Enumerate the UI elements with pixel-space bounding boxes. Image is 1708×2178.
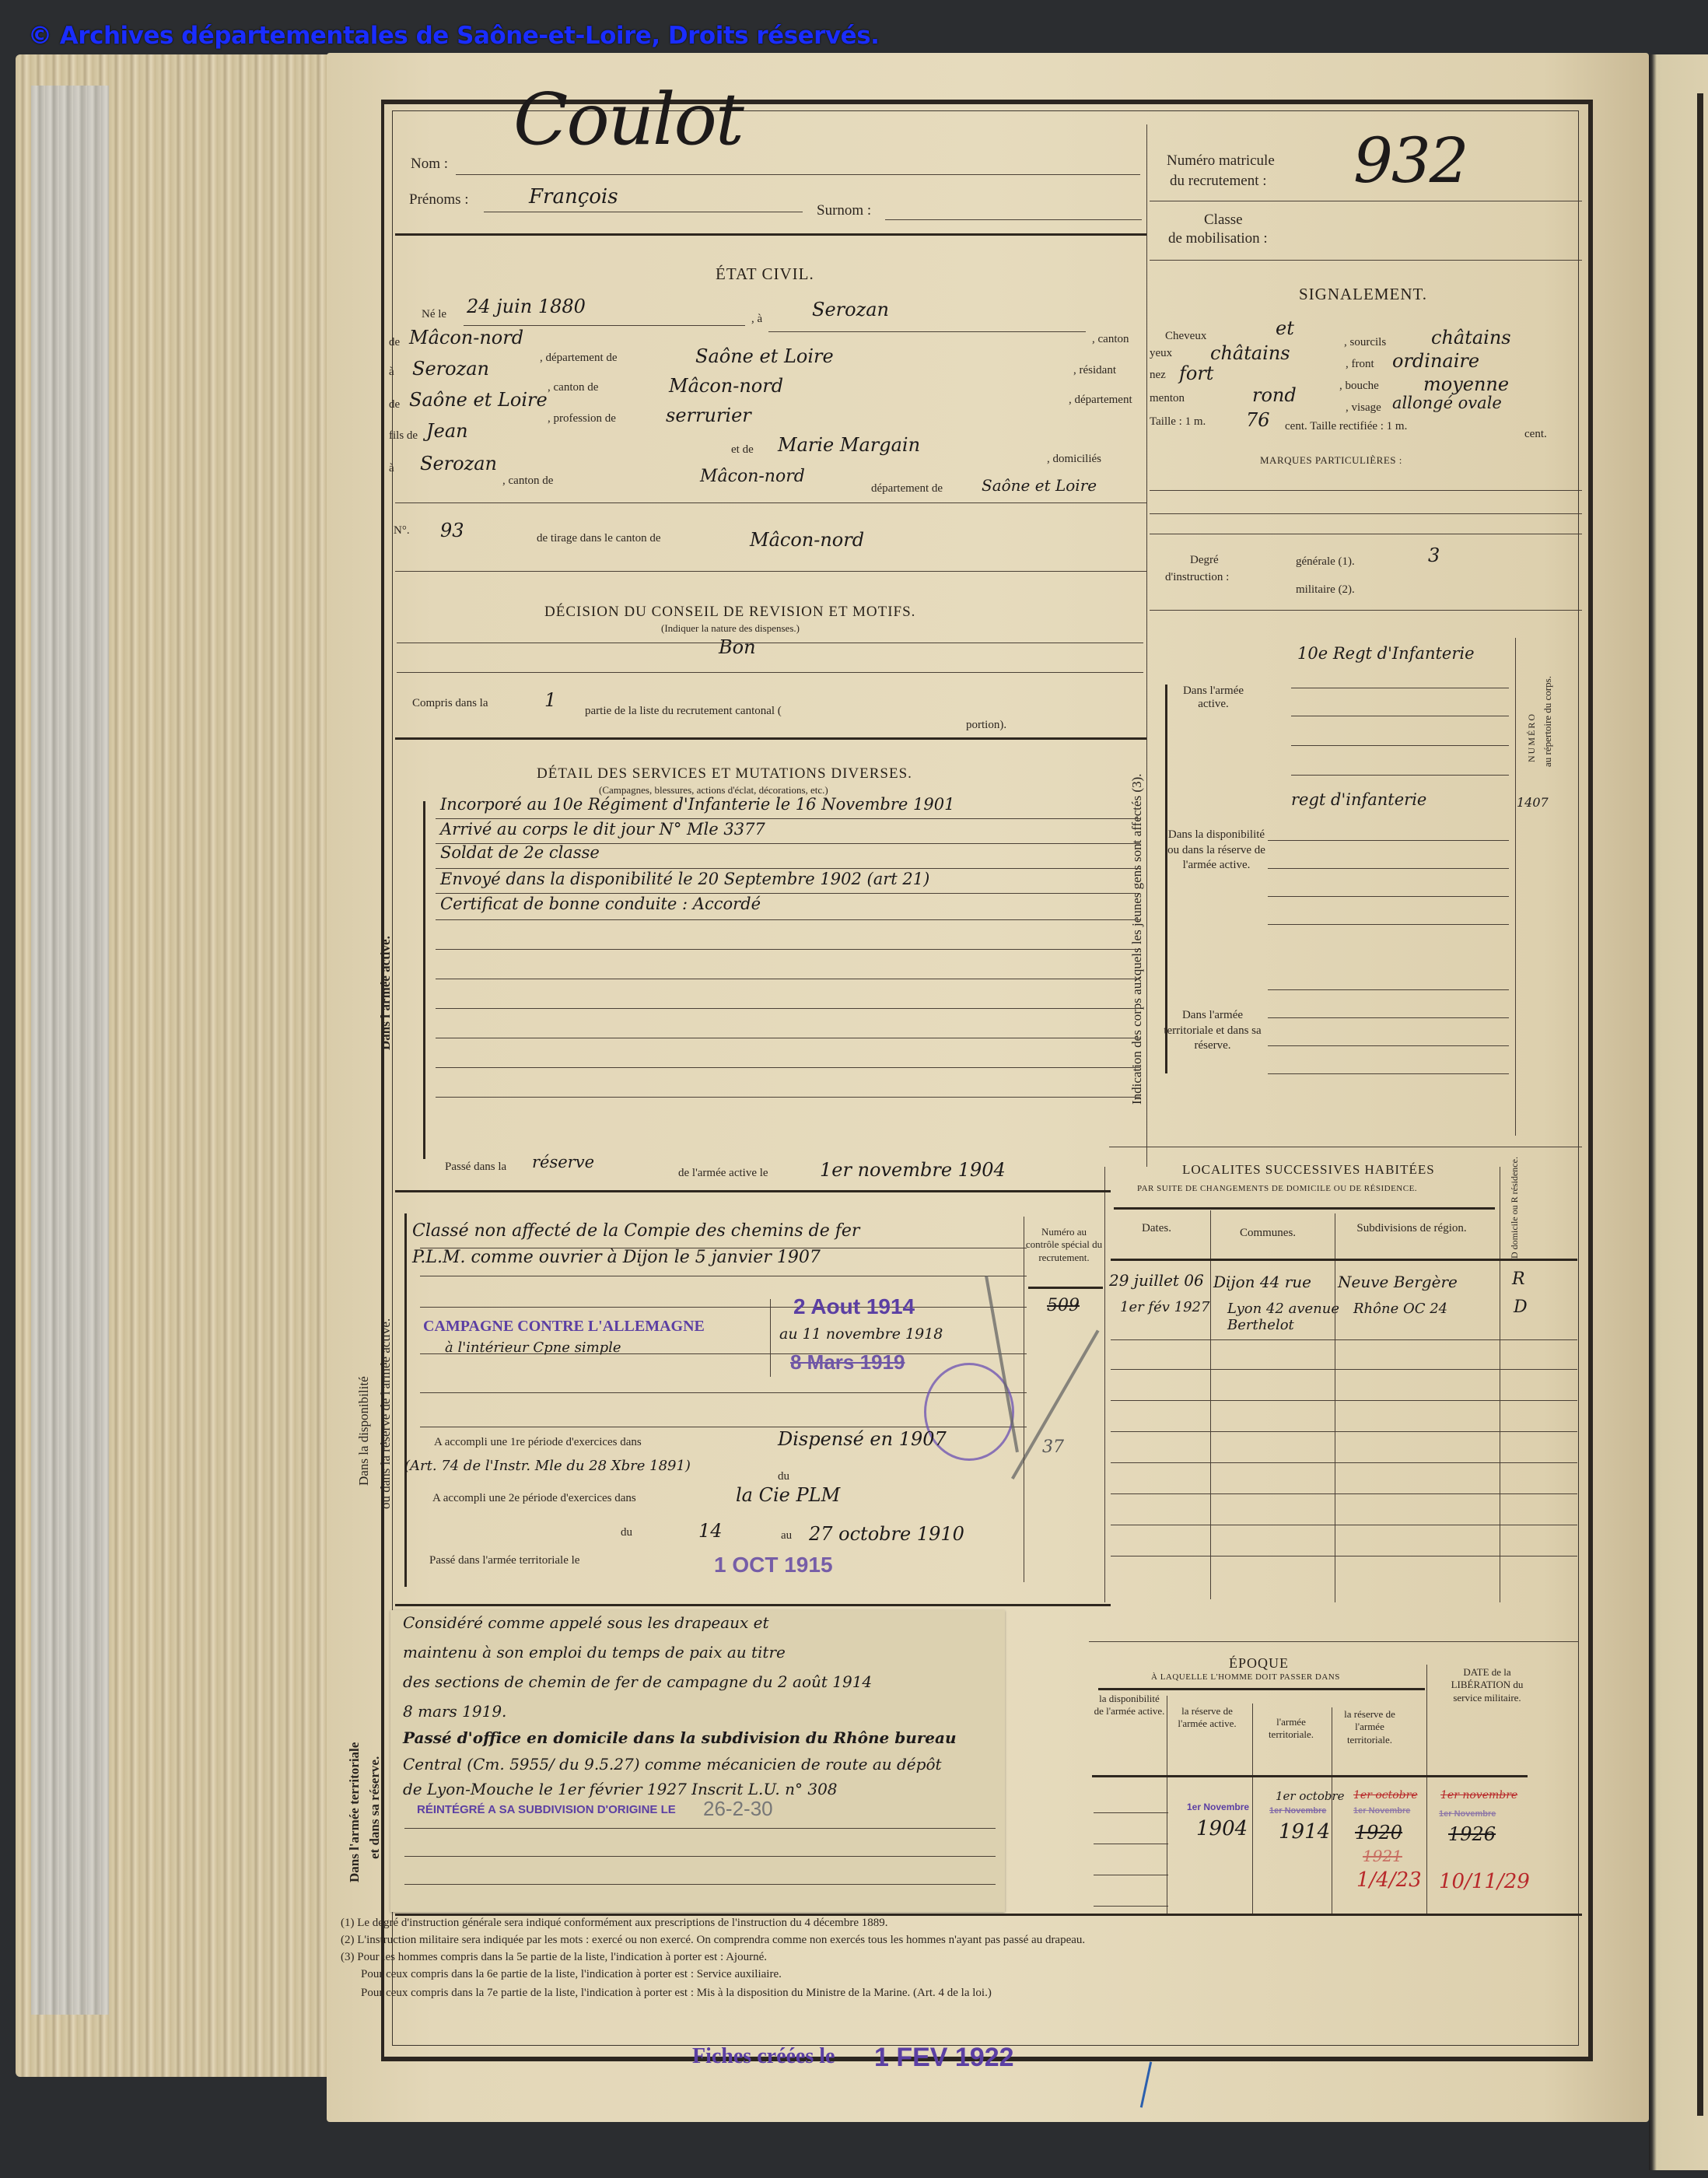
territoriale-side-label-2: et dans sa réserve.: [367, 1756, 383, 1859]
epoque-reserve-territoriale-stamp: 1er Novembre: [1353, 1806, 1410, 1816]
localites-col-type: D domicile ou R résidence.: [1509, 1157, 1521, 1259]
residant-label: , résidant: [1073, 364, 1116, 377]
visage-value: allongé ovale: [1392, 394, 1502, 412]
epoque-reserve-territoriale-year: 1920: [1355, 1822, 1402, 1844]
services-line: [436, 1038, 1140, 1038]
compris-value: 1: [544, 689, 556, 711]
residant-canton-value: Mâcon-nord: [669, 375, 783, 397]
departement-label: , département de: [540, 352, 618, 365]
epoque-col-territoriale: l'armée territoriale.: [1255, 1716, 1327, 1742]
epoque-reserve-territoriale-struck: 1921: [1363, 1847, 1402, 1865]
periode1-value: Dispensé en 1907: [778, 1428, 947, 1450]
epoque-line: [1094, 1875, 1168, 1875]
matricule-label-1: Numéro matricule: [1167, 152, 1275, 170]
fiches-stamp-label: Fiches créées le: [692, 2044, 835, 2069]
localites-subtitle: PAR SUITE DE CHANGEMENTS DE DOMICILE OU …: [1137, 1184, 1417, 1193]
epoque-col-disponibilite: la disponibilité de l'armée active.: [1094, 1693, 1165, 1718]
taille-rectifiee-label: cent. Taille rectifiée : 1 m.: [1285, 420, 1407, 433]
fiches-stamp-date: 1 FEV 1922: [874, 2043, 1014, 2073]
ne-a-label: , à: [751, 313, 762, 326]
residant-a-label: à: [389, 366, 394, 379]
disponibilite-line: [420, 1276, 1027, 1276]
territoriale-line-6: Central (Cm. 5955/ du 9.5.27) comme méca…: [403, 1755, 942, 1774]
taille-label: Taille : 1 m.: [1150, 415, 1206, 429]
nez-value: fort: [1179, 362, 1213, 384]
cheveux-label: Cheveux: [1165, 330, 1206, 343]
localites-line: [1111, 1369, 1577, 1370]
footnote-1: (1) Le degré d'instruction générale sera…: [341, 1917, 888, 1930]
tirage-label: de tirage dans le canton de: [537, 532, 661, 545]
localites-line: [1111, 1339, 1577, 1340]
campagne-to-hand: au 11 novembre 1918: [779, 1325, 943, 1343]
nom-label: Nom :: [411, 156, 448, 173]
epoque-liberation-red: 10/11/29: [1439, 1870, 1530, 1893]
epoque-col-divider: [1167, 1696, 1167, 1914]
dom-a-label: à: [389, 462, 394, 475]
corps-line: [1291, 688, 1509, 688]
residant-departement-label: , département: [1069, 394, 1132, 407]
epoque-territoriale-stamp: 1er Novembre: [1269, 1806, 1326, 1816]
localite-date-2: 1er fév 1927: [1120, 1299, 1209, 1315]
services-line: [436, 868, 1140, 869]
periode2-au-value: 27 octobre 1910: [809, 1523, 964, 1545]
localites-line: [1111, 1525, 1577, 1525]
corps-line: [1268, 1017, 1509, 1018]
periode2-value: la Cie PLM: [736, 1484, 840, 1506]
canton-value: Mâcon-nord: [409, 327, 523, 348]
profession-label: , profession de: [548, 412, 616, 425]
epoque-col-divider: [1332, 1707, 1332, 1914]
numero-controle-divider: [1024, 1217, 1024, 1582]
pere-value: Jean: [426, 420, 468, 442]
periode1-du: du: [778, 1470, 789, 1483]
column-divider-lower: [1104, 1167, 1105, 1602]
disponibilite-side-label-1: Dans la disponibilité: [356, 1376, 372, 1486]
corps-separator: [1150, 610, 1582, 611]
localites-col-subdivisions: Subdivisions de région.: [1353, 1221, 1470, 1236]
etat-civil-line: [768, 331, 1086, 332]
localite-commune-1: Dijon 44 rue: [1213, 1273, 1311, 1291]
facing-page-frame: [1697, 93, 1703, 2116]
services-line: [436, 1097, 1140, 1098]
bouche-label: , bouche: [1339, 380, 1379, 393]
localites-title: LOCALITES SUCCESSIVES HABITÉES: [1182, 1162, 1435, 1178]
corps-line: [1291, 745, 1509, 746]
dom-departement-label: département de: [871, 482, 943, 495]
territoriale-line-1: Considéré comme appelé sous les drapeaux…: [403, 1613, 769, 1632]
dom-departement-value: Saône et Loire: [982, 476, 1097, 495]
front-value: ordinaire: [1392, 350, 1479, 372]
disponibilite-line: [420, 1307, 1027, 1308]
services-line: [436, 893, 1140, 894]
epoque-liberation-stamp: 1er Novembre: [1439, 1809, 1496, 1819]
corps-line: [1268, 1073, 1509, 1074]
decision-line: [397, 672, 1143, 673]
service-line-2: Arrivé au corps le dit jour N° Mle 3377: [440, 820, 765, 839]
tirage-separator: [395, 571, 1146, 572]
epoque-col-reserve-active: la réserve de l'armée active.: [1168, 1705, 1246, 1731]
marques-line-2: [1150, 513, 1582, 514]
tirage-canton-value: Mâcon-nord: [750, 529, 864, 551]
footnotes-separator: [395, 1914, 1582, 1916]
page-stack-tabs: [31, 86, 109, 2015]
localites-col-communes: Communes.: [1213, 1226, 1322, 1241]
tirage-no-label: N°.: [394, 524, 410, 537]
ne-le-label: Né le: [422, 308, 446, 321]
corps-line: [1268, 840, 1509, 841]
footnote-5: Pour ceux compris dans la 7e partie de l…: [361, 1987, 992, 2000]
taille-rectifiee-cent: cent.: [1524, 428, 1547, 441]
visage-label: , visage: [1346, 401, 1381, 415]
numero-column-divider: [1515, 638, 1516, 1136]
epoque-subtitle: À LAQUELLE L'HOMME DOIT PASSER DANS: [1151, 1672, 1340, 1682]
corps-dispo-value: regt d'infanterie: [1291, 790, 1426, 809]
prenoms-label: Prénoms :: [409, 191, 469, 208]
territoriale-line: [404, 1828, 996, 1829]
epoque-line: [1094, 1906, 1168, 1907]
taille-value: 76: [1246, 409, 1270, 431]
surnom-label: Surnom :: [817, 202, 871, 219]
localites-line: [1111, 1462, 1577, 1463]
epoque-reserve-territoriale-hand: 1er octobre: [1353, 1789, 1418, 1802]
fils-label: fils de: [389, 429, 418, 443]
corps-line: [1268, 924, 1509, 925]
services-line: [436, 949, 1140, 950]
epoque-line: [1094, 1844, 1168, 1844]
passe-label-2: de l'armée active le: [678, 1167, 768, 1180]
epoque-reserve-territoriale-red: 1/4/23: [1356, 1868, 1422, 1892]
localite-type-2: D: [1514, 1297, 1528, 1317]
cheveux-value: et: [1276, 317, 1294, 339]
disponibilite-brace: [404, 1213, 407, 1587]
localites-separator: [1109, 1147, 1582, 1147]
epoque-header-rule: [1092, 1775, 1528, 1777]
numero-controle-note: 37: [1042, 1437, 1064, 1457]
epoque-territoriale-year: 1914: [1279, 1820, 1330, 1844]
classe-label-2: de mobilisation :: [1168, 230, 1268, 247]
decision-line: [397, 643, 1143, 643]
localites-col-divider: [1500, 1167, 1500, 1602]
instruction-label-2: d'instruction :: [1165, 571, 1229, 584]
disponibilite-separator: [395, 1604, 1111, 1606]
disponibilite-line: [420, 1248, 1027, 1248]
localite-subdivision-1: Neuve Bergère: [1338, 1273, 1458, 1291]
campagne-from: 2 Aout 1914: [793, 1294, 915, 1319]
campagne-to-struck: 8 Mars 1919: [790, 1350, 905, 1374]
localite-type-1: R: [1512, 1269, 1525, 1289]
localites-line: [1111, 1431, 1577, 1432]
periode2-label: A accompli une 2e période d'exercices da…: [432, 1492, 636, 1505]
localite-date-1: 29 juillet 06: [1109, 1271, 1204, 1290]
residant-dep-de-label: de: [389, 398, 400, 411]
corps-dispo-label: Dans la disponibilité ou dans la réserve…: [1162, 828, 1271, 874]
corps-dispo-numero: 1407: [1517, 795, 1549, 810]
decision-value: Bon: [719, 636, 756, 658]
surnom-line: [885, 219, 1142, 220]
dom-canton-value: Mâcon-nord: [700, 467, 805, 486]
localite-commune-2: Lyon 42 avenue Berthelot: [1227, 1301, 1344, 1333]
territoriale-side-label-1: Dans l'armée territoriale: [347, 1742, 362, 1882]
instruction-generale-value: 3: [1428, 544, 1440, 566]
et-de-label: et de: [731, 443, 754, 457]
numero-controle-value: 509: [1047, 1296, 1080, 1315]
matricule-value: 932: [1353, 124, 1468, 197]
corps-side-label: Indication des corps auxquels les jeunes…: [1129, 773, 1145, 1105]
localites-brace: [1114, 1207, 1495, 1210]
periode2-du-label: du: [621, 1526, 632, 1539]
nom-line: [456, 174, 1140, 175]
matricule-label-2: du recrutement :: [1170, 173, 1267, 190]
epoque-title: ÉPOQUE: [1229, 1655, 1289, 1672]
disponibilite-line-1: Classé non affecté de la Compie des chem…: [412, 1221, 859, 1241]
etat-civil-line: [464, 325, 745, 326]
passe-date: 1er novembre 1904: [820, 1159, 1006, 1181]
service-line-4: Envoyé dans la disponibilité le 20 Septe…: [440, 870, 929, 888]
epoque-territoriale-hand: 1er octobre: [1276, 1789, 1345, 1803]
epoque-reserve-stamp: 1er Novembre: [1187, 1802, 1249, 1812]
territoriale-line: [404, 1884, 996, 1885]
decision-subtitle: (Indiquer la nature des dispenses.): [661, 622, 800, 635]
disponibilite-line-2: P.L.M. comme ouvrier à Dijon le 5 janvie…: [412, 1248, 821, 1267]
periode1-label: A accompli une 1re période d'exercices d…: [434, 1436, 642, 1449]
sourcils-value: châtains: [1431, 327, 1511, 348]
prenoms-line: [484, 212, 803, 212]
epoque-col-divider: [1252, 1704, 1253, 1914]
territoriale-line-4: 8 mars 1919.: [403, 1702, 506, 1721]
corps-line: [1268, 989, 1509, 990]
campagne-note: à l'intérieur Cpne simple: [445, 1339, 621, 1356]
yeux-value: châtains: [1210, 342, 1290, 364]
localite-subdivision-2: Rhône OC 24: [1353, 1301, 1470, 1317]
front-label: , front: [1346, 358, 1374, 371]
epoque-reserve-year: 1904: [1196, 1817, 1248, 1840]
header-separator: [395, 233, 1146, 236]
epoque-liberation-year: 1926: [1448, 1823, 1496, 1845]
ne-le-value: 24 juin 1880: [467, 296, 586, 317]
territoriale-line-2: maintenu à son emploi du temps de paix a…: [403, 1643, 786, 1662]
passe-value: réserve: [532, 1153, 594, 1171]
corps-line: [1268, 868, 1509, 869]
canton-label: , canton: [1092, 333, 1129, 346]
compris-label-3: portion).: [966, 719, 1006, 732]
dom-canton-label: , canton de: [502, 474, 553, 488]
service-line-1: Incorporé au 10e Régiment d'Infanterie l…: [440, 795, 954, 814]
services-side-label: Dans l'armée active.: [378, 936, 394, 1050]
numero-label-2: au répertoire du corps.: [1542, 676, 1554, 767]
nom-value: Coulot: [513, 78, 743, 161]
epoque-liberation-hand: 1er novembre: [1440, 1789, 1517, 1802]
footnote-4: Pour ceux compris dans la 6e partie de l…: [361, 1968, 782, 1981]
corps-line: [1291, 775, 1509, 776]
instruction-militaire-label: militaire (2).: [1296, 583, 1355, 597]
mere-value: Marie Margain: [778, 434, 920, 456]
sourcils-label: , sourcils: [1344, 336, 1386, 349]
localites-col-dates: Dates.: [1114, 1221, 1199, 1236]
corps-line: [1268, 896, 1509, 897]
corps-territoriale-label: Dans l'armée territoriale et dans sa rés…: [1162, 1008, 1263, 1054]
localites-col-divider: [1210, 1210, 1211, 1599]
services-brace: [423, 801, 425, 1159]
decision-separator: [395, 737, 1146, 740]
localites-col-divider: [1335, 1213, 1335, 1602]
marques-label: MARQUES PARTICULIÈRES :: [1260, 454, 1402, 467]
territoriale-passe-stamp: 1 OCT 1915: [714, 1553, 833, 1577]
signalement-title: SIGNALEMENT.: [1299, 285, 1427, 304]
profession-value: serrurier: [666, 404, 751, 426]
localites-line: [1111, 1400, 1577, 1401]
localites-header-rule: [1111, 1259, 1577, 1261]
localites-line: [1111, 1556, 1577, 1556]
services-title: DÉTAIL DES SERVICES ET MUTATIONS DIVERSE…: [537, 765, 912, 783]
passe-label-1: Passé dans la: [445, 1161, 506, 1174]
services-line: [436, 1067, 1140, 1068]
periode1-note: (Art. 74 de l'Instr. Mle du 28 Xbre 1891…: [404, 1458, 691, 1474]
services-separator: [395, 1190, 1111, 1192]
services-line: [436, 919, 1140, 920]
etat-civil-end: [395, 502, 1146, 503]
footnote-3: (3) Pour les hommes compris dans la 5e p…: [341, 1951, 767, 1964]
bouche-value: moyenne: [1423, 373, 1509, 395]
tirage-no-value: 93: [440, 520, 464, 541]
canton-de-label: de: [389, 336, 400, 349]
compris-label-2: partie de la liste du recrutement canton…: [585, 705, 782, 718]
classe-separator: [1150, 260, 1582, 261]
numero-controle-header: Numéro au contrôle spécial du recrutemen…: [1025, 1226, 1103, 1264]
territoriale-line-7: de Lyon-Mouche le 1er février 1927 Inscr…: [403, 1780, 838, 1798]
prenoms-value: François: [529, 185, 618, 208]
etat-civil-title: ÉTAT CIVIL.: [716, 264, 814, 284]
marques-line-1: [1150, 490, 1582, 491]
numero-controle-rule: [1028, 1287, 1103, 1289]
corps-active-value: 10e Regt d'Infanterie: [1297, 644, 1475, 663]
instruction-generale-label: générale (1).: [1296, 555, 1355, 569]
dom-value: Serozan: [420, 453, 497, 474]
territoriale-line-5: Passé d'office en domicile dans la subdi…: [403, 1728, 957, 1747]
service-line-5: Certificat de bonne conduite : Accordé: [440, 895, 761, 913]
corps-line: [1268, 1045, 1509, 1046]
territoriale-line-3: des sections de chemin de fer de campagn…: [403, 1672, 872, 1691]
numero-label-1: NUMÉRO: [1526, 713, 1538, 762]
classe-label-1: Classe: [1204, 212, 1243, 229]
services-line: [436, 843, 1140, 844]
reintegre-stamp: RÉINTÉGRÉ A SA SUBDIVISION D'ORIGINE LE: [417, 1803, 676, 1816]
campagne-brace: [770, 1299, 771, 1377]
column-divider: [1146, 124, 1147, 1167]
localites-line: [1111, 1493, 1577, 1494]
epoque-col-liberation: DATE de la LIBÉRATION du service militai…: [1440, 1666, 1534, 1704]
campagne-stamp: CAMPAGNE CONTRE L'ALLEMAGNE: [423, 1318, 705, 1336]
residant-departement-value: Saône et Loire: [409, 389, 548, 411]
compris-label-1: Compris dans la: [412, 697, 488, 710]
menton-label: menton: [1150, 392, 1185, 405]
residant-value: Serozan: [412, 358, 489, 380]
periode2-au-label: au: [781, 1529, 792, 1542]
reintegre-date: 26-2-30: [703, 1797, 773, 1821]
corps-active-label: Dans l'armée active.: [1167, 685, 1260, 711]
footnote-2: (2) L'instruction militaire sera indiqué…: [341, 1934, 1085, 1947]
epoque-line: [1094, 1812, 1168, 1813]
periode2-du-value: 14: [698, 1520, 723, 1542]
residant-canton-label: , canton de: [548, 381, 598, 394]
territoriale-passe-label: Passé dans l'armée territoriale le: [429, 1554, 579, 1567]
epoque-separator: [1089, 1641, 1579, 1642]
yeux-label: yeux: [1150, 347, 1172, 360]
matricule-separator: [1150, 201, 1582, 201]
copyright-watermark: © Archives départementales de Saône-et-L…: [28, 22, 879, 50]
services-line: [436, 979, 1140, 979]
epoque-col-reserve-territoriale: la réserve de l'armée territoriale.: [1335, 1708, 1405, 1746]
services-line: [436, 818, 1140, 819]
instruction-separator: [1150, 534, 1582, 534]
service-line-3: Soldat de 2e classe: [440, 843, 600, 862]
disponibilite-side-label-2: ou dans la réserve de l'armée active.: [378, 1318, 394, 1509]
nez-label: nez: [1150, 369, 1166, 382]
decision-title: DÉCISION DU CONSEIL DE REVISION ET MOTIF…: [544, 604, 915, 621]
instruction-label-1: Degré: [1190, 554, 1219, 567]
corps-line: [1291, 716, 1509, 716]
territoriale-line: [404, 1856, 996, 1857]
domicilies-label: , domiciliés: [1047, 453, 1101, 466]
departement-value: Saône et Loire: [695, 345, 834, 367]
epoque-col-divider: [1426, 1665, 1427, 1914]
epoque-brace: [1098, 1688, 1425, 1690]
ne-a-value: Serozan: [812, 299, 889, 320]
menton-value: rond: [1252, 384, 1297, 406]
services-line: [436, 1008, 1140, 1009]
